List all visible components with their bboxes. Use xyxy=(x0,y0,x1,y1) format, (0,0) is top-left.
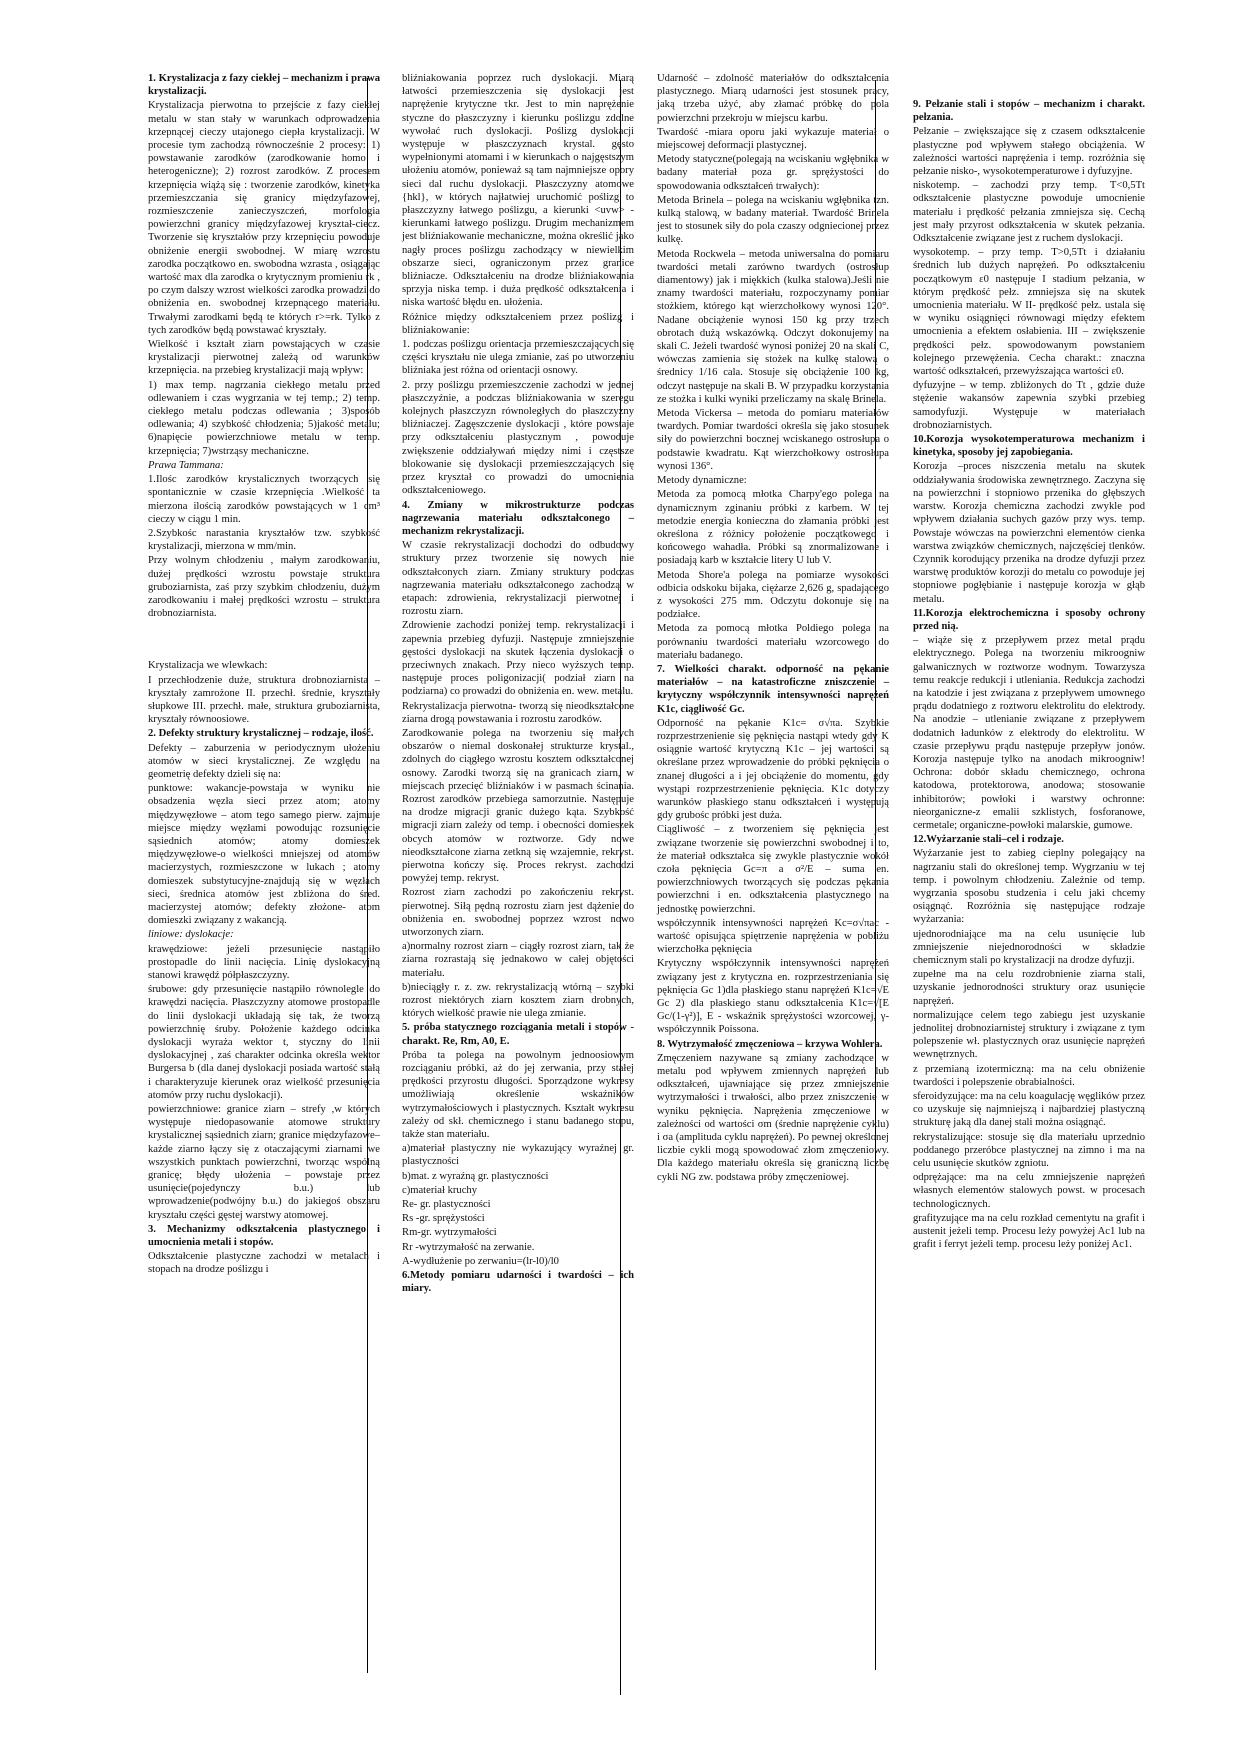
section-heading: 1. Krystalizacja z fazy ciekłej – mechan… xyxy=(148,72,380,98)
paragraph: 2. przy poślizgu przemieszczenie zachodz… xyxy=(402,379,634,498)
section-heading: 7. Wielkości charakt. odporność na pękan… xyxy=(657,663,889,716)
paragraph: Wielkość i kształt ziarn powstających w … xyxy=(148,338,380,378)
section-heading: 9. Pełzanie stali i stopów – mechanizm i… xyxy=(913,98,1145,124)
paragraph: Krytyczny współczynnik intensywności nap… xyxy=(657,957,889,1036)
paragraph: a)normalny rozrost ziarn – ciągły rozros… xyxy=(402,940,634,980)
paragraph: zupełne ma na celu rozdrobnienie ziarna … xyxy=(913,968,1145,1008)
paragraph: Metoda za pomocą młotka Poldiego polega … xyxy=(657,622,889,662)
paragraph: Krystalizacja pierwotna to przejście z f… xyxy=(148,99,380,337)
paragraph: Próba ta polega na powolnym jednoosiowym… xyxy=(402,1049,634,1141)
paragraph: Rm-gr. wytrzymałości xyxy=(402,1226,634,1239)
subheading: liniowe: dyslokacje: xyxy=(148,928,380,941)
paragraph: sferoidyzujące: ma na celu koagulację wę… xyxy=(913,1090,1145,1130)
paragraph: Metody dynamiczne: xyxy=(657,474,889,487)
paragraph: rekrystalizujące: stosuje się dla materi… xyxy=(913,1131,1145,1171)
text-column-1: 1. Krystalizacja z fazy ciekłej – mechan… xyxy=(148,72,380,1278)
paragraph: Ciągliwość – z tworzeniem się pęknięcia … xyxy=(657,823,889,915)
paragraph: punktowe: wakancje-powstaja w wyniku nie… xyxy=(148,782,380,927)
section-heading: 10.Korozja wysokotemperaturowa mechanizm… xyxy=(913,433,1145,459)
paragraph: Krystalizacja we wlewkach: xyxy=(148,659,380,672)
section-heading: 6.Metody pomiaru udarności i twardości –… xyxy=(402,1269,634,1295)
spacer xyxy=(148,621,380,659)
paragraph: W czasie rekrystalizacji dochodzi do odb… xyxy=(402,539,634,618)
paragraph: Odporność na pękanie K1c= σ√πa. Szybkie … xyxy=(657,717,889,823)
paragraph: Pełzanie – zwiększające się z czasem odk… xyxy=(913,125,1145,178)
paragraph: Zmęczeniem nazywane są zmiany zachodzące… xyxy=(657,1052,889,1184)
subheading: Prawa Tammana: xyxy=(148,459,380,472)
paragraph: 1. podczas poślizgu orientacja przemiesz… xyxy=(402,338,634,378)
paragraph: Rekrystalizacja pierwotna- tworzą się ni… xyxy=(402,700,634,726)
text-column-4: 9. Pełzanie stali i stopów – mechanizm i… xyxy=(913,98,1145,1252)
section-heading: 3. Mechanizmy odkształcenia plastycznego… xyxy=(148,1223,380,1249)
paragraph: Re- gr. plastyczności xyxy=(402,1198,634,1211)
section-heading: 4. Zmiany w mikrostrukturze podczas nagr… xyxy=(402,499,634,539)
paragraph: I przechłodzenie duże, struktura drobnoz… xyxy=(148,674,380,727)
paragraph: Zdrowienie zachodzi poniżej temp. rekrys… xyxy=(402,619,634,698)
paragraph: Metoda Rockwela – metoda uniwersalna do … xyxy=(657,248,889,406)
paragraph: Udarność – zdolność materiałów do odkszt… xyxy=(657,72,889,125)
paragraph: odprężające: ma na celu zmniejszenie nap… xyxy=(913,1171,1145,1211)
paragraph: b)mat. z wyraźną gr. plastyczności xyxy=(402,1170,634,1183)
paragraph: Wyżarzanie jest to zabieg cieplny polega… xyxy=(913,847,1145,926)
section-heading: 5. próba statycznego rozciągania metali … xyxy=(402,1021,634,1047)
paragraph: c)materiał kruchy xyxy=(402,1184,634,1197)
paragraph: normalizujące celem tego zabiegu jest uz… xyxy=(913,1009,1145,1062)
paragraph: Rr -wytrzymałość na zerwanie. xyxy=(402,1241,634,1254)
paragraph: ujednorodniające ma na celu usunięcie lu… xyxy=(913,928,1145,968)
paragraph: Przy wolnym chłodzeniu , małym zarodkowa… xyxy=(148,554,380,620)
text-column-2: bliźniakowania poprzez ruch dyslokacji. … xyxy=(402,72,634,1296)
paragraph: śrubowe: gdy przesunięcie nastąpiło równ… xyxy=(148,983,380,1102)
paragraph: Twardość -miara oporu jaki wykazuje mate… xyxy=(657,126,889,152)
paragraph: a)materiał plastyczny nie wykazujący wyr… xyxy=(402,1142,634,1168)
paragraph: Korozja –proces niszczenia metalu na sku… xyxy=(913,460,1145,605)
section-heading: 8. Wytrzymałość zmęczeniowa – krzywa Woh… xyxy=(657,1038,889,1051)
paragraph: Rozrost ziarn zachodzi po zakończeniu re… xyxy=(402,886,634,939)
paragraph: 2.Szybkośc narastania kryształów tzw. sz… xyxy=(148,527,380,553)
paragraph: A-wydłużenie po zerwaniu=(lr-l0)/l0 xyxy=(402,1255,634,1268)
paragraph: Różnice między odkształceniem przez pośl… xyxy=(402,311,634,337)
paragraph: Odkształcenie plastyczne zachodzi w meta… xyxy=(148,1250,380,1276)
paragraph: Metoda Vickersa – metoda do pomiaru mate… xyxy=(657,407,889,473)
paragraph: 1.Ilośc zarodków krystalicznych tworzący… xyxy=(148,473,380,526)
section-heading: 12.Wyżarzanie stali–cel i rodzaje. xyxy=(913,833,1145,846)
paragraph: grafityzujące ma na celu rozkład cementy… xyxy=(913,1212,1145,1252)
section-heading: 2. Defekty struktury krystalicznej – rod… xyxy=(148,727,380,740)
text-column-3: Udarność – zdolność materiałów do odkszt… xyxy=(657,72,889,1185)
paragraph: niskotemp. – zachodzi przy temp. T<0,5Tt… xyxy=(913,179,1145,245)
paragraph: Rs -gr. sprężystości xyxy=(402,1212,634,1225)
paragraph: b)nieciągły r. z. zw. rekrystalizacją wt… xyxy=(402,981,634,1021)
paragraph: 1) max temp. nagrzania ciekłego metalu p… xyxy=(148,379,380,458)
paragraph: wysokotemp. – przy temp. T>0,5Tt i dział… xyxy=(913,246,1145,378)
paragraph: Metoda Brinela – polega na wciskaniu wgł… xyxy=(657,194,889,247)
paragraph: Zarodkowanie polega na tworzeniu się mał… xyxy=(402,727,634,885)
paragraph: Metoda za pomocą młotka Charpy'ego poleg… xyxy=(657,488,889,567)
section-heading: 11.Korozja elektrochemiczna i sposoby oc… xyxy=(913,607,1145,633)
paragraph: – wiąże się z przepływem przez metal prą… xyxy=(913,634,1145,832)
paragraph: Metody statyczne(polegają na wciskaniu w… xyxy=(657,153,889,193)
paragraph: z przemianą izotermiczną: ma na celu obn… xyxy=(913,1063,1145,1089)
paragraph: dyfuzyjne – w temp. zbliżonych do Tt , g… xyxy=(913,379,1145,432)
paragraph: bliźniakowania poprzez ruch dyslokacji. … xyxy=(402,72,634,310)
paragraph: powierzchniowe: granice ziarn – strefy ,… xyxy=(148,1103,380,1222)
paragraph: krawędziowe: jeżeli przesunięcie nastąpi… xyxy=(148,943,380,983)
paragraph: współczynnik intensywności naprężeń Kc=σ… xyxy=(657,917,889,957)
paragraph: Metoda Shore'a polega na pomiarze wysoko… xyxy=(657,569,889,622)
paragraph: Defekty – zaburzenia w periodycznym ułoż… xyxy=(148,742,380,782)
